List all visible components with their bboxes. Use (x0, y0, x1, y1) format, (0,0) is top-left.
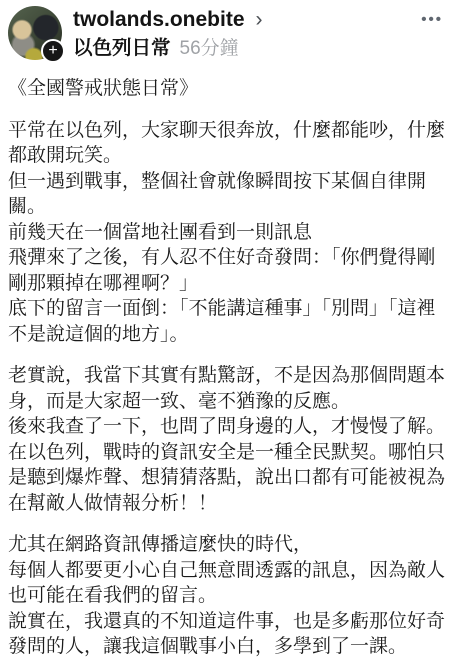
more-options-button[interactable]: ••• (419, 8, 445, 31)
post-paragraph: 老實說，我當下其實有點驚訝，不是因為那個問題本身，而是大家超一致、毫不猶豫的反應… (8, 363, 447, 516)
post-subheader: 以色列日常 56分鐘 (73, 36, 263, 61)
post-paragraph: 《全國警戒狀態日常》 (8, 76, 447, 102)
post-paragraph: 平常在以色列，大家聊天很奔放，什麼都能吵，什麼都敢開玩笑。 但一遇到戰事，整個社… (8, 118, 447, 348)
facebook-post-card: + twolands.onebite › 以色列日常 56分鐘 ••• 《全國警… (0, 0, 455, 660)
profile-avatar[interactable]: + (8, 6, 62, 60)
post-paragraph: 尤其在網路資訊傳播這麼快的時代， 每個人都要更小心自己無意間透露的訊息，因為敵人… (8, 532, 447, 660)
timestamp[interactable]: 56分鐘 (180, 36, 239, 61)
username-link[interactable]: twolands.onebite › (73, 7, 263, 33)
follow-plus-icon[interactable]: + (41, 39, 65, 63)
username: twolands.onebite (73, 7, 245, 33)
page-name-link[interactable]: 以色列日常 (73, 36, 171, 61)
post-header-text: twolands.onebite › 以色列日常 56分鐘 (73, 6, 263, 61)
post-content: 《全國警戒狀態日常》 平常在以色列，大家聊天很奔放，什麼都能吵，什麼都敢開玩笑。… (0, 61, 455, 660)
chevron-right-icon: › (256, 9, 263, 31)
post-header: + twolands.onebite › 以色列日常 56分鐘 ••• (0, 0, 455, 61)
